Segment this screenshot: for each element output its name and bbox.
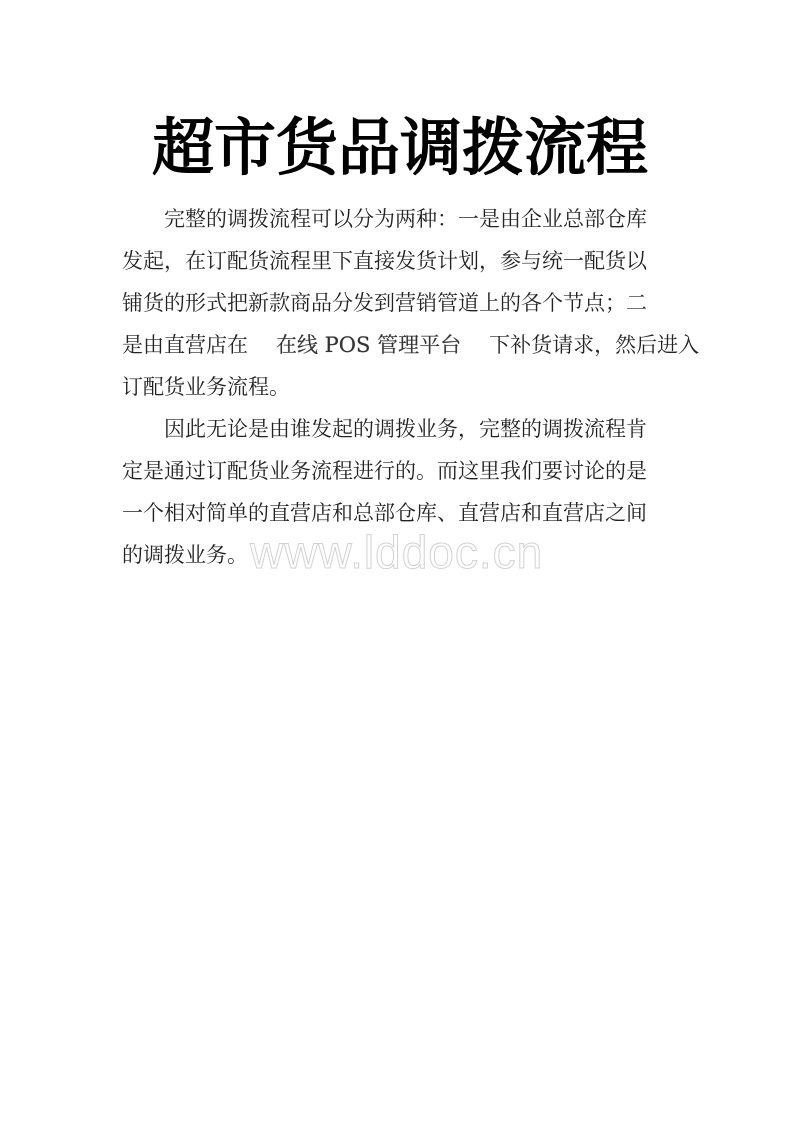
pos-platform-link: 在线 POS 管理平台 [276,324,461,366]
paragraph-line: 完整的调拨流程可以分为两种：一是由企业总部仓库 [122,198,688,240]
paragraph-line: 订配货业务流程。 [122,366,688,408]
paragraph-1: 完整的调拨流程可以分为两种：一是由企业总部仓库 发起，在订配货流程里下直接发货计… [122,198,688,408]
line-text-after: 下补货请求，然后进入 [489,333,699,357]
document-page: 超市货品调拨流程 完整的调拨流程可以分为两种：一是由企业总部仓库 发起，在订配货… [0,0,800,1132]
paragraph-line: 铺货的形式把新款商品分发到营销管道上的各个节点；二 [122,282,688,324]
line-text-before: 是由直营店在 [122,333,248,357]
watermark: www.lddoc.cn [250,526,543,578]
document-title: 超市货品调拨流程 [0,108,800,188]
paragraph-line: 因此无论是由谁发起的调拨业务，完整的调拨流程肯 [122,408,688,450]
paragraph-line: 定是通过订配货业务流程进行的。而这里我们要讨论的是 [122,450,688,492]
paragraph-line: 是由直营店在在线 POS 管理平台下补货请求，然后进入 [122,324,688,366]
paragraph-line: 发起，在订配货流程里下直接发货计划，参与统一配货以 [122,240,688,282]
